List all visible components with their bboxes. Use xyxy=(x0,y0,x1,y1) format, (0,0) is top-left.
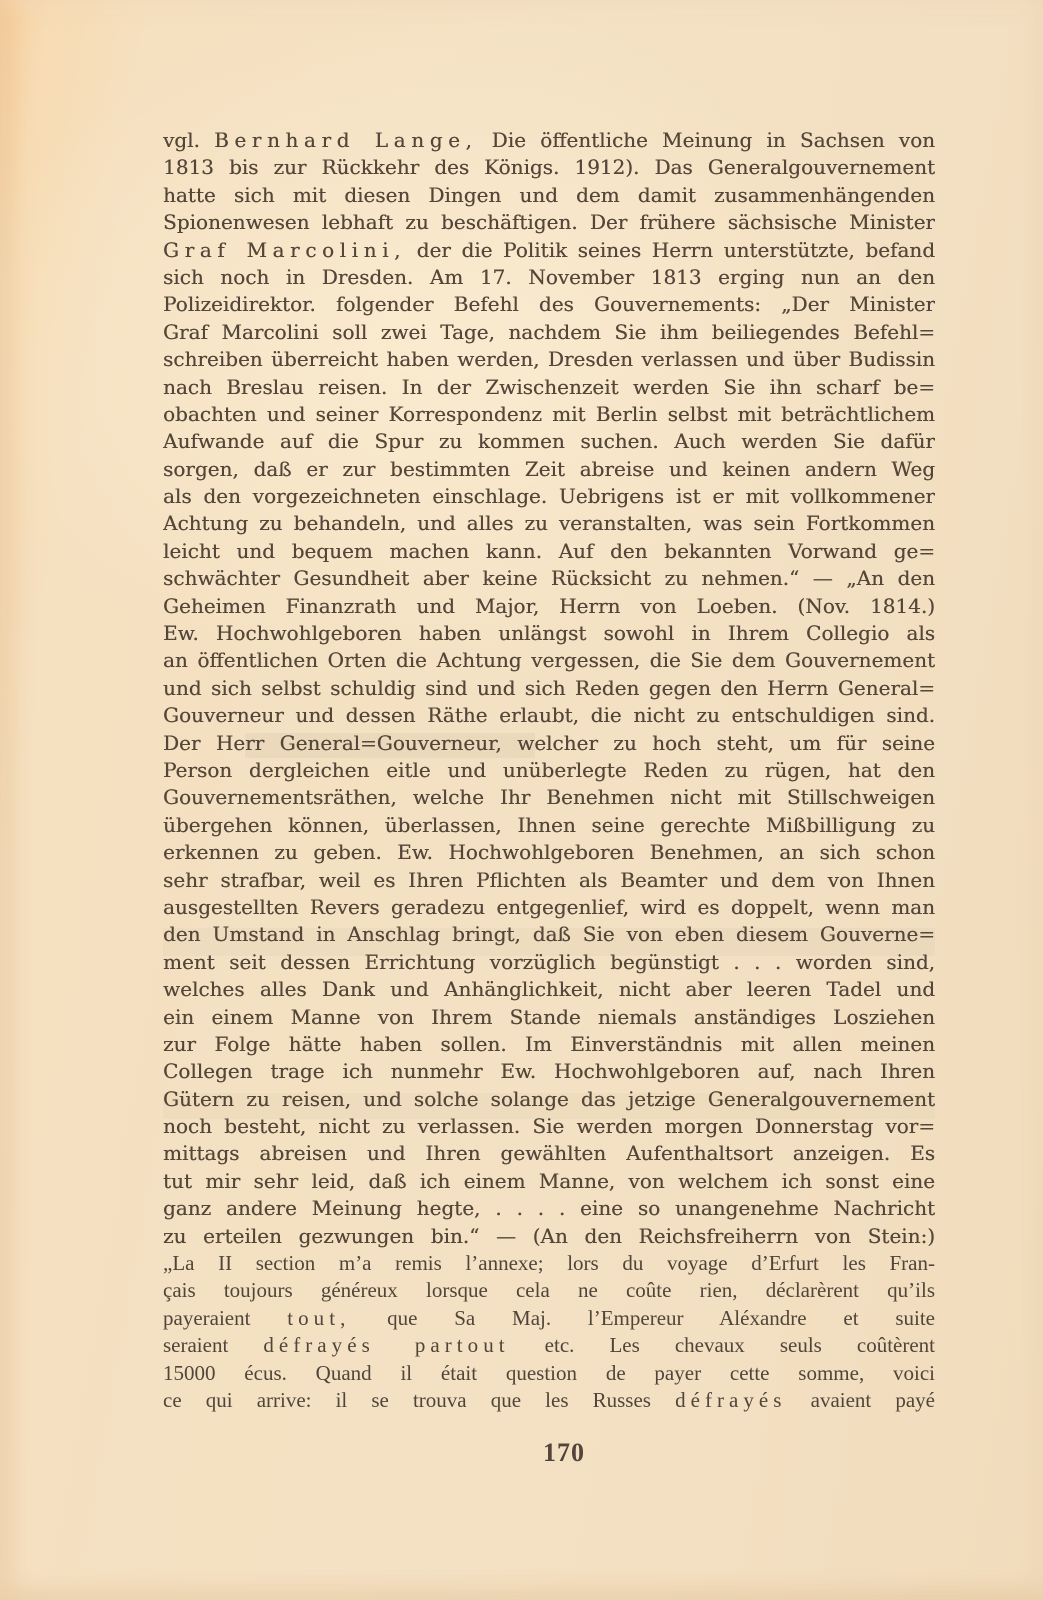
text-segment: çais toujours généreux lorsque cela ne c… xyxy=(163,1278,935,1302)
text-line: ment seit dessen Errichtung vorzüglich b… xyxy=(163,949,935,976)
text-segment: Ew. Hochwohlgeboren haben unlängst sowoh… xyxy=(163,621,935,645)
text-line: ce qui arrive: il se trouva que les Russ… xyxy=(163,1387,935,1414)
text-line: Gütern zu reisen, und solche solange das… xyxy=(163,1086,935,1113)
text-segment: 15000 écus. Quand il était question de p… xyxy=(163,1361,935,1385)
text-line: seraient défrayés partout etc. Les cheva… xyxy=(163,1332,935,1359)
text-line: 1813 bis zur Rückkehr des Königs. 1912).… xyxy=(163,154,935,181)
text-segment: que Sa Maj. l’Empereur Aléxandre et suit… xyxy=(350,1306,935,1330)
text-segment: obachten und seiner Korrespondenz mit Be… xyxy=(163,402,935,426)
text-segment: Polizeidirektor. folgender Befehl des Go… xyxy=(163,292,935,316)
text-line: Polizeidirektor. folgender Befehl des Go… xyxy=(163,291,935,318)
text-line: „La II section m’a remis l’annexe; lors … xyxy=(163,1250,935,1277)
text-line: Gouverneur und dessen Räthe erlaubt, die… xyxy=(163,702,935,729)
text-line: nach Breslau reisen. In der Zwischenzeit… xyxy=(163,374,935,401)
text-segment: den Umstand in Anschlag bringt, daß Sie … xyxy=(163,922,935,946)
text-segment: Achtung zu behandeln, und alles zu veran… xyxy=(163,511,935,535)
text-line: hatte sich mit diesen Dingen und dem dam… xyxy=(163,182,935,209)
text-segment: der die Politik seines Herrn unterstützt… xyxy=(406,238,935,262)
text-segment: Collegen trage ich nunmehr Ew. Hochwohlg… xyxy=(163,1059,935,1083)
text-line: Gouvernementsräthen, welche Ihr Benehmen… xyxy=(163,784,935,811)
text-segment: sich noch in Dresden. Am 17. November 18… xyxy=(163,265,935,289)
text-line: welches alles Dank und Anhänglichkeit, n… xyxy=(163,976,935,1003)
text-line: Graf Marcolini, der die Politik seines H… xyxy=(163,237,935,264)
text-segment: payeraient xyxy=(163,1306,287,1330)
text-segment: Person dergleichen eitle und unüberlegte… xyxy=(163,758,935,782)
text-segment: sehr strafbar, weil es Ihren Pflichten a… xyxy=(163,868,935,892)
text-segment: Gütern zu reisen, und solche solange das… xyxy=(163,1087,935,1111)
text-line: den Umstand in Anschlag bringt, daß Sie … xyxy=(163,921,935,948)
text-line: mittags abreisen und Ihren gewählten Auf… xyxy=(163,1140,935,1167)
text-line: tut mir sehr leid, daß ich einem Manne, … xyxy=(163,1168,935,1195)
text-line: zu erteilen gezwungen bin.“ — (An den Re… xyxy=(163,1223,935,1250)
text-segment: ein einem Manne von Ihrem Stande niemals… xyxy=(163,1005,935,1029)
text-segment: schreiben überreicht haben werden, Dresd… xyxy=(163,347,935,371)
text-line: leicht und bequem machen kann. Auf den b… xyxy=(163,538,935,565)
text-line: Geheimen Finanzrath und Major, Herrn von… xyxy=(163,593,935,620)
text-line: Aufwande auf die Spur zu kommen suchen. … xyxy=(163,428,935,455)
text-segment: Geheimen Finanzrath und Major, Herrn von… xyxy=(163,594,935,618)
text-line: Collegen trage ich nunmehr Ew. Hochwohlg… xyxy=(163,1058,935,1085)
text-line: payeraient tout, que Sa Maj. l’Empereur … xyxy=(163,1305,935,1332)
text-segment: Gouverneur und dessen Räthe erlaubt, die… xyxy=(163,703,935,727)
text-segment: leicht und bequem machen kann. Auf den b… xyxy=(163,539,935,563)
text-segment: noch besteht, nicht zu verlassen. Sie we… xyxy=(163,1114,935,1138)
text-line: noch besteht, nicht zu verlassen. Sie we… xyxy=(163,1113,935,1140)
text-segment: avaient payé xyxy=(787,1388,935,1412)
text-segment: Graf Marcolini, xyxy=(163,238,406,262)
text-segment: Graf Marcolini soll zwei Tage, nachdem S… xyxy=(163,320,935,344)
text-line: Person dergleichen eitle und unüberlegte… xyxy=(163,757,935,784)
text-line: ganz andere Meinung hegte, . . . . eine … xyxy=(163,1195,935,1222)
text-segment: 1813 bis zur Rückkehr des Königs. 1912).… xyxy=(163,155,935,179)
text-line: Achtung zu behandeln, und alles zu veran… xyxy=(163,510,935,537)
text-line: sorgen, daß er zur bestimmten Zeit abrei… xyxy=(163,456,935,483)
text-segment: tut mir sehr leid, daß ich einem Manne, … xyxy=(163,1169,935,1193)
text-line: übergehen können, überlassen, Ihnen sein… xyxy=(163,812,935,839)
text-segment: ausgestellten Revers geradezu entgegenli… xyxy=(163,895,935,919)
text-line: zur Folge hätte haben sollen. Im Einvers… xyxy=(163,1031,935,1058)
text-line: vgl. Bernhard Lange, Die öffentliche Mei… xyxy=(163,127,935,154)
text-line: und sich selbst schuldig sind und sich R… xyxy=(163,675,935,702)
text-segment: défrayés partout xyxy=(263,1333,509,1357)
text-segment: hatte sich mit diesen Dingen und dem dam… xyxy=(163,183,935,207)
text-segment: und sich selbst schuldig sind und sich R… xyxy=(163,676,935,700)
text-line: ein einem Manne von Ihrem Stande niemals… xyxy=(163,1004,935,1031)
text-segment: welches alles Dank und Anhänglichkeit, n… xyxy=(163,977,935,1001)
text-segment: als den vorgezeichneten einschlage. Uebr… xyxy=(163,484,935,508)
text-line: obachten und seiner Korrespondenz mit Be… xyxy=(163,401,935,428)
text-line: ausgestellten Revers geradezu entgegenli… xyxy=(163,894,935,921)
text-segment: Gouvernementsräthen, welche Ihr Benehmen… xyxy=(163,785,935,809)
text-segment: Spionenwesen lebhaft zu beschäftigen. De… xyxy=(163,210,935,234)
text-segment: ganz andere Meinung hegte, . . . . eine … xyxy=(163,1196,935,1220)
text-segment: erkennen zu geben. Ew. Hochwohlgeboren B… xyxy=(163,840,935,864)
text-line: çais toujours généreux lorsque cela ne c… xyxy=(163,1277,935,1304)
text-segment: vgl. xyxy=(163,128,214,152)
text-segment: an öffentlichen Orten die Achtung verges… xyxy=(163,648,935,672)
text-segment: seraient xyxy=(163,1333,263,1357)
text-segment: Aufwande auf die Spur zu kommen suchen. … xyxy=(163,429,935,453)
text-line: Ew. Hochwohlgeboren haben unlängst sowoh… xyxy=(163,620,935,647)
text-line: sich noch in Dresden. Am 17. November 18… xyxy=(163,264,935,291)
text-segment: schwächter Gesundheit aber keine Rücksic… xyxy=(163,566,935,590)
scanned-book-page: vgl. Bernhard Lange, Die öffentliche Mei… xyxy=(0,0,1043,1600)
text-segment: ment seit dessen Errichtung vorzüglich b… xyxy=(163,950,935,974)
text-segment: tout, xyxy=(287,1306,350,1330)
text-line: schwächter Gesundheit aber keine Rücksic… xyxy=(163,565,935,592)
text-segment: Die öffentliche Meinung in Sachsen von xyxy=(477,128,935,152)
text-block: vgl. Bernhard Lange, Die öffentliche Mei… xyxy=(163,127,935,1414)
text-line: als den vorgezeichneten einschlage. Uebr… xyxy=(163,483,935,510)
text-segment: „La II section m’a remis l’annexe; lors … xyxy=(163,1251,935,1275)
page-number: 170 xyxy=(163,1438,935,1468)
text-segment: Bernhard Lange, xyxy=(214,128,477,152)
text-segment: zu erteilen gezwungen bin.“ — (An den Re… xyxy=(163,1224,935,1248)
text-segment: ce qui arrive: il se trouva que les Russ… xyxy=(163,1388,675,1412)
text-line: schreiben überreicht haben werden, Dresd… xyxy=(163,346,935,373)
text-line: Graf Marcolini soll zwei Tage, nachdem S… xyxy=(163,319,935,346)
text-segment: etc. Les chevaux seuls coûtèrent xyxy=(510,1333,935,1357)
text-segment: défrayés xyxy=(675,1388,786,1412)
text-line: Spionenwesen lebhaft zu beschäftigen. De… xyxy=(163,209,935,236)
text-line: erkennen zu geben. Ew. Hochwohlgeboren B… xyxy=(163,839,935,866)
text-line: an öffentlichen Orten die Achtung verges… xyxy=(163,647,935,674)
text-line: Der Herr General=Gouverneur, welcher zu … xyxy=(163,730,935,757)
text-line: 15000 écus. Quand il était question de p… xyxy=(163,1360,935,1387)
text-segment: sorgen, daß er zur bestimmten Zeit abrei… xyxy=(163,457,935,481)
text-segment: mittags abreisen und Ihren gewählten Auf… xyxy=(163,1141,935,1165)
text-segment: zur Folge hätte haben sollen. Im Einvers… xyxy=(163,1032,935,1056)
text-line: sehr strafbar, weil es Ihren Pflichten a… xyxy=(163,867,935,894)
text-segment: nach Breslau reisen. In der Zwischenzeit… xyxy=(163,375,935,399)
text-segment: übergehen können, überlassen, Ihnen sein… xyxy=(163,813,935,837)
text-segment: Der Herr General=Gouverneur, welcher zu … xyxy=(163,731,935,755)
